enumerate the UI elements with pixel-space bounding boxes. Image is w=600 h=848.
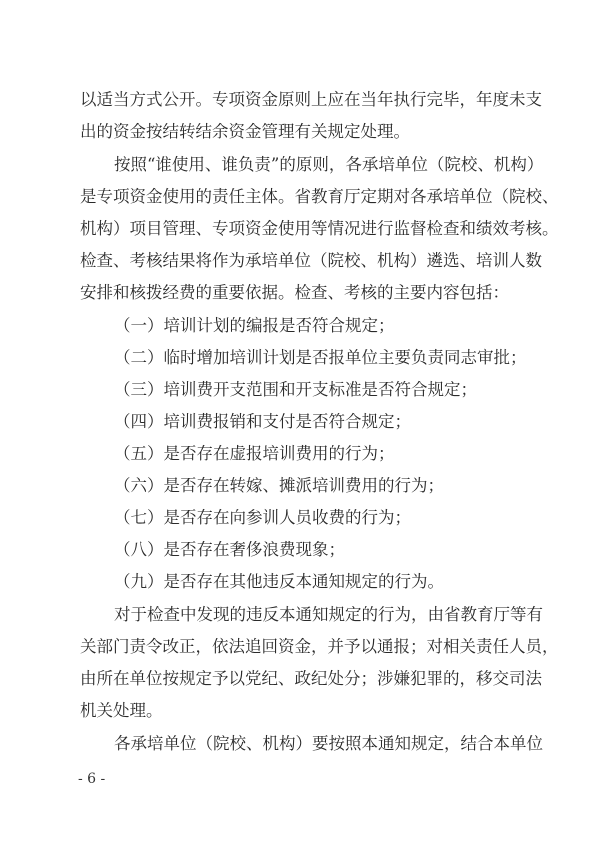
text-line: 由所在单位按规定予以党纪、政纪处分；涉嫌犯罪的，移交司法 <box>80 667 522 691</box>
text-line: （七）是否存在向参训人员收费的行为； <box>114 506 522 530</box>
text-line: （六）是否存在转嫁、摊派培训费用的行为； <box>114 474 522 498</box>
text-line: （一）培训计划的编报是否符合规定； <box>114 314 522 338</box>
text-line: 机关处理。 <box>80 699 522 723</box>
text-line: 机构）项目管理、专项资金使用等情况进行监督检查和绩效考核。 <box>80 217 522 241</box>
text-line: 安排和核拨经费的重要依据。检查、考核的主要内容包括： <box>80 281 522 305</box>
text-line: （二）临时增加培训计划是否报单位主要负责同志审批； <box>114 346 522 370</box>
text-line: （八）是否存在奢侈浪费现象； <box>114 538 522 562</box>
text-line: 出的资金按结转结余资金管理有关规定处理。 <box>80 120 522 144</box>
text-line: （四）培训费报销和支付是否符合规定； <box>114 410 522 434</box>
text-line: 按照“谁使用、谁负责”的原则，各承培单位（院校、机构） <box>114 153 522 177</box>
document-page: 以适当方式公开。专项资金原则上应在当年执行完毕，年度未支出的资金按结转结余资金管… <box>0 0 600 848</box>
text-line: 各承培单位（院校、机构）要按照本通知规定，结合本单位 <box>114 732 522 756</box>
text-line: （九）是否存在其他违反本通知规定的行为。 <box>114 570 522 594</box>
text-line: 检查、考核结果将作为承培单位（院校、机构）遴选、培训人数 <box>80 249 522 273</box>
text-line: 以适当方式公开。专项资金原则上应在当年执行完毕，年度未支 <box>80 88 522 112</box>
text-line: 是专项资金使用的责任主体。省教育厅定期对各承培单位（院校、 <box>80 185 522 209</box>
text-line: （五）是否存在虚报培训费用的行为； <box>114 442 522 466</box>
page-number: - 6 - <box>78 769 105 789</box>
text-line: （三）培训费开支范围和开支标准是否符合规定； <box>114 378 522 402</box>
text-line: 关部门责令改正，依法追回资金，并予以通报；对相关责任人员， <box>80 635 522 659</box>
text-line: 对于检查中发现的违反本通知规定的行为，由省教育厅等有 <box>114 603 522 627</box>
